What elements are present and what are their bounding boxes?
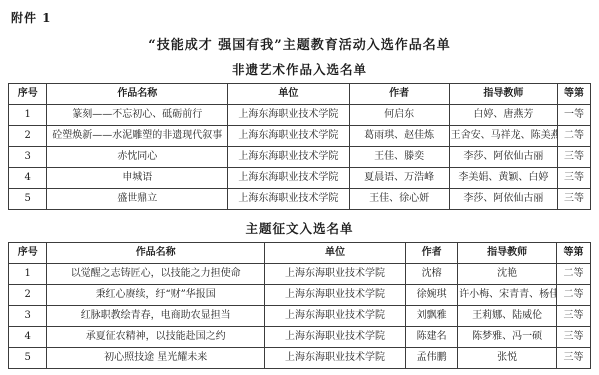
table-cell: 5 — [9, 189, 47, 210]
column-header: 单位 — [264, 243, 405, 264]
column-header: 序号 — [9, 84, 47, 105]
column-header: 指导教师 — [458, 243, 557, 264]
header-row: 序号作品名称单位作者指导教师等第 — [9, 243, 591, 264]
table-cell: 红脉职教绘青春，电商助农显担当 — [47, 306, 264, 327]
column-header: 作者 — [349, 84, 449, 105]
table-cell: 申城语 — [47, 168, 228, 189]
table-cell: 一等 — [558, 105, 591, 126]
table-cell: 上海东海职业技术学院 — [264, 306, 405, 327]
table-cell: 1 — [9, 105, 47, 126]
art-works-table-body: 1篆刻——不忘初心、砥砺前行上海东海职业技术学院何启东白婷、唐燕芳一等2砼塑焕新… — [9, 105, 591, 210]
column-header: 等第 — [558, 84, 591, 105]
table-cell: 夏晨语、万浩峰 — [349, 168, 449, 189]
table-cell: 许小梅、宋青青、杨佳婉 — [458, 285, 557, 306]
table-row: 4申城语上海东海职业技术学院夏晨语、万浩峰李美娟、黄颖、白婷三等 — [9, 168, 591, 189]
table-cell: 以觉醒之志铸匠心，以技能之力担使命 — [47, 264, 264, 285]
table-cell: 沈榕 — [406, 264, 458, 285]
table-cell: 4 — [9, 168, 47, 189]
table-cell: 徐婉琪 — [406, 285, 458, 306]
table-row: 4承夏征农精神，以技能赴国之约上海东海职业技术学院陈建名陈梦雅、冯一硕三等 — [9, 327, 591, 348]
table-row: 3赤忱同心上海东海职业技术学院王佳、滕奕李莎、阿依仙古丽三等 — [9, 147, 591, 168]
table-cell: 二等 — [557, 264, 591, 285]
table-row: 5初心照技途 星光耀未来上海东海职业技术学院孟伟鹏张悦三等 — [9, 348, 591, 369]
table-row: 1以觉醒之志铸匠心，以技能之力担使命上海东海职业技术学院沈榕沈艳二等 — [9, 264, 591, 285]
table-cell: 上海东海职业技术学院 — [228, 168, 349, 189]
column-header: 作品名称 — [47, 84, 228, 105]
column-header: 作者 — [406, 243, 458, 264]
table-cell: 何启东 — [349, 105, 449, 126]
table-cell: 王佳、滕奕 — [349, 147, 449, 168]
table-cell: 上海东海职业技术学院 — [228, 126, 349, 147]
document-page: 附件 1 “技能成才 强国有我”主题教育活动入选作品名单 非遗艺术作品入选名单 … — [0, 0, 599, 373]
column-header: 单位 — [228, 84, 349, 105]
table-cell: 王舍安、马祥龙、陈美燕 — [449, 126, 557, 147]
table-cell: 上海东海职业技术学院 — [264, 264, 405, 285]
table-cell: 三等 — [558, 189, 591, 210]
table-cell: 承夏征农精神，以技能赴国之约 — [47, 327, 264, 348]
table-cell: 赤忱同心 — [47, 147, 228, 168]
table-cell: 孟伟鹏 — [406, 348, 458, 369]
table-cell: 秉红心赓续，纡“财”华报国 — [47, 285, 264, 306]
table-cell: 李美娟、黄颖、白婷 — [449, 168, 557, 189]
table-cell: 上海东海职业技术学院 — [228, 189, 349, 210]
table-cell: 三等 — [558, 147, 591, 168]
table-cell: 沈艳 — [458, 264, 557, 285]
table-cell: 陈梦雅、冯一硕 — [458, 327, 557, 348]
table-cell: 上海东海职业技术学院 — [228, 105, 349, 126]
table-row: 2秉红心赓续，纡“财”华报国上海东海职业技术学院徐婉琪许小梅、宋青青、杨佳婉二等 — [9, 285, 591, 306]
table-cell: 上海东海职业技术学院 — [264, 327, 405, 348]
table-cell: 刘飘雅 — [406, 306, 458, 327]
table-cell: 2 — [9, 285, 47, 306]
table-cell: 盛世鼎立 — [47, 189, 228, 210]
table-cell: 三等 — [557, 327, 591, 348]
table-cell: 陈建名 — [406, 327, 458, 348]
table-cell: 葛雨琪、赵佳炼 — [349, 126, 449, 147]
table-row: 5盛世鼎立上海东海职业技术学院王佳、徐心妍李莎、阿依仙古丽三等 — [9, 189, 591, 210]
table-cell: 3 — [9, 306, 47, 327]
page-title: “技能成才 强国有我”主题教育活动入选作品名单 — [8, 34, 591, 53]
column-header: 作品名称 — [47, 243, 264, 264]
section-title-art: 非遗艺术作品入选名单 — [8, 60, 591, 78]
table-cell: 张悦 — [458, 348, 557, 369]
table-cell: 初心照技途 星光耀未来 — [47, 348, 264, 369]
table-cell: 上海东海职业技术学院 — [264, 285, 405, 306]
column-header: 等第 — [557, 243, 591, 264]
essay-table-head: 序号作品名称单位作者指导教师等第 — [9, 243, 591, 264]
table-cell: 上海东海职业技术学院 — [228, 147, 349, 168]
essay-table: 序号作品名称单位作者指导教师等第 1以觉醒之志铸匠心，以技能之力担使命上海东海职… — [8, 242, 591, 369]
table-cell: 三等 — [558, 168, 591, 189]
art-works-table-head: 序号作品名称单位作者指导教师等第 — [9, 84, 591, 105]
table-cell: 李莎、阿依仙古丽 — [449, 189, 557, 210]
essay-table-body: 1以觉醒之志铸匠心，以技能之力担使命上海东海职业技术学院沈榕沈艳二等2秉红心赓续… — [9, 264, 591, 369]
table-cell: 上海东海职业技术学院 — [264, 348, 405, 369]
section-title-essay: 主题征文入选名单 — [8, 219, 591, 237]
table-cell: 白婷、唐燕芳 — [449, 105, 557, 126]
table-cell: 李莎、阿依仙古丽 — [449, 147, 557, 168]
table-cell: 王莉娜、陆威伦 — [458, 306, 557, 327]
table-cell: 二等 — [557, 285, 591, 306]
table-cell: 二等 — [558, 126, 591, 147]
column-header: 序号 — [9, 243, 47, 264]
table-cell: 篆刻——不忘初心、砥砺前行 — [47, 105, 228, 126]
table-row: 3红脉职教绘青春，电商助农显担当上海东海职业技术学院刘飘雅王莉娜、陆威伦三等 — [9, 306, 591, 327]
table-cell: 三等 — [557, 306, 591, 327]
table-cell: 1 — [9, 264, 47, 285]
art-works-table: 序号作品名称单位作者指导教师等第 1篆刻——不忘初心、砥砺前行上海东海职业技术学… — [8, 83, 591, 210]
table-cell: 3 — [9, 147, 47, 168]
table-cell: 4 — [9, 327, 47, 348]
table-cell: 三等 — [557, 348, 591, 369]
table-row: 1篆刻——不忘初心、砥砺前行上海东海职业技术学院何启东白婷、唐燕芳一等 — [9, 105, 591, 126]
table-cell: 王佳、徐心妍 — [349, 189, 449, 210]
table-row: 2砼塑焕新——水泥雕塑的非遗现代叙事上海东海职业技术学院葛雨琪、赵佳炼王舍安、马… — [9, 126, 591, 147]
table-cell: 5 — [9, 348, 47, 369]
header-row: 序号作品名称单位作者指导教师等第 — [9, 84, 591, 105]
table-cell: 2 — [9, 126, 47, 147]
table-cell: 砼塑焕新——水泥雕塑的非遗现代叙事 — [47, 126, 228, 147]
attachment-label: 附件 1 — [11, 9, 591, 26]
column-header: 指导教师 — [449, 84, 557, 105]
